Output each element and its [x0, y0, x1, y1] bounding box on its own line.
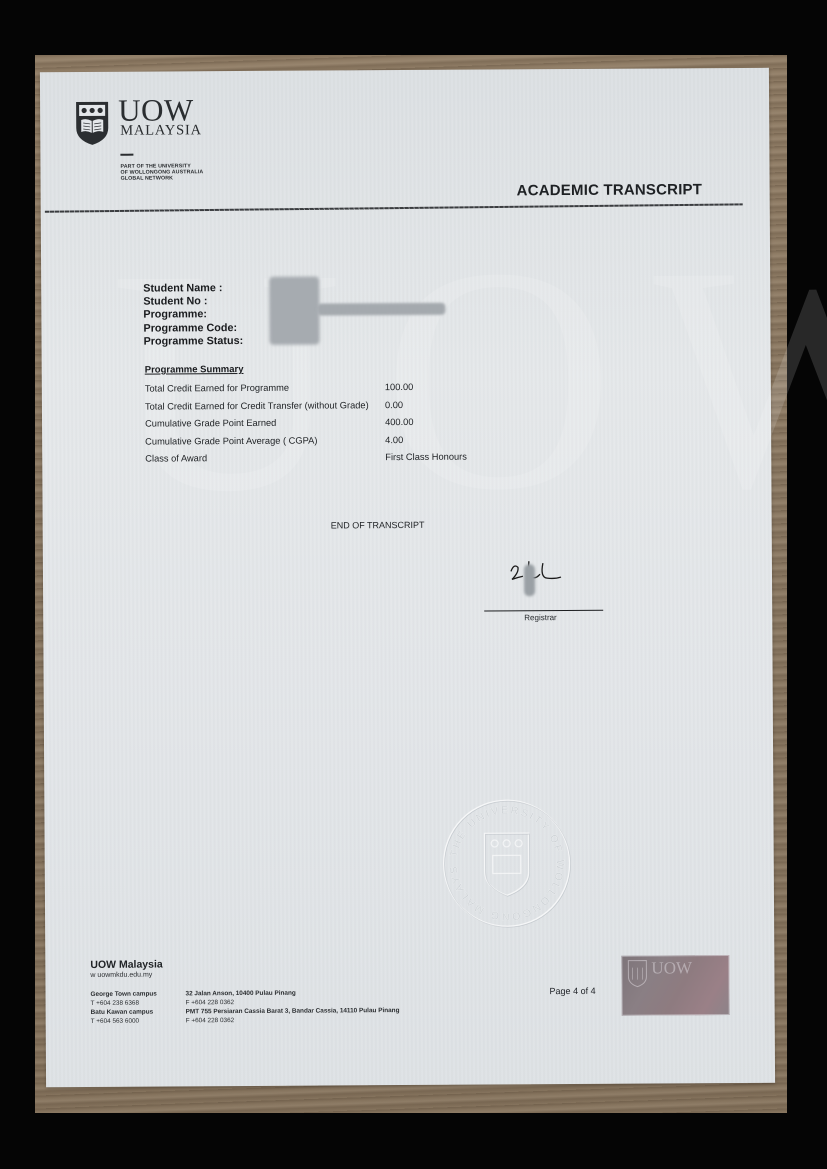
hologram-sticker: UOW [621, 955, 729, 1016]
programme-code-label: Programme Code: [143, 322, 243, 336]
transcript-page: UOW UOW MALAYSIA PART OF THE UNIVERSITY … [40, 68, 775, 1087]
summary-row: Cumulative Grade Point Average ( CGPA) 4… [145, 434, 467, 453]
student-name-label: Student Name : [143, 282, 243, 296]
footer-campuses: George Town campus 32 Jalan Anson, 10400… [91, 988, 400, 1026]
student-no-label: Student No : [143, 295, 243, 309]
registrar-label: Registrar [524, 613, 557, 622]
programme-status-label: Programme Status: [144, 335, 244, 349]
footer-website: w uowmkdu.edu.my [90, 972, 152, 979]
logo-tagline: PART OF THE UNIVERSITY OF WOLLONGONG AUS… [120, 163, 203, 182]
summary-row: Cumulative Grade Point Earned 400.00 [145, 417, 467, 436]
student-fields: Student Name : Student No : Programme: P… [143, 282, 243, 349]
campus-fax: F +604 228 0362 [186, 1015, 400, 1025]
logo-divider [120, 154, 133, 156]
document-title: ACADEMIC TRANSCRIPT [517, 181, 703, 199]
campus-phone: T +604 563 6000 [91, 1016, 186, 1026]
signature-line [484, 610, 603, 612]
summary-row: Total Credit Earned for Credit Transfer … [145, 399, 467, 418]
programme-summary-heading: Programme Summary [145, 364, 244, 376]
embossed-seal-icon: THE UNIVERSITY OF WOLLONGONG MALAYSIA [440, 797, 573, 930]
redacted-programme [317, 303, 445, 316]
end-of-transcript: END OF TRANSCRIPT [331, 520, 425, 531]
page-number: Page 4 of 4 [549, 986, 595, 996]
redacted-values [269, 277, 319, 345]
footer-organisation: UOW Malaysia [90, 959, 162, 971]
programme-label: Programme: [143, 308, 243, 322]
logo-wordmark: UOW [118, 95, 194, 125]
hologram-crest-icon [627, 960, 647, 988]
header-divider [45, 203, 743, 212]
uow-crest-icon [74, 100, 110, 146]
uow-watermark: UOW [111, 216, 827, 541]
hologram-text: UOW [651, 958, 692, 978]
redacted-signature [524, 564, 535, 596]
summary-row: Class of Award First Class Honours [145, 452, 467, 471]
programme-summary-table: Total Credit Earned for Programme 100.00… [145, 382, 467, 471]
summary-row: Total Credit Earned for Programme 100.00 [145, 382, 467, 401]
logo-subtitle: MALAYSIA [120, 122, 202, 139]
